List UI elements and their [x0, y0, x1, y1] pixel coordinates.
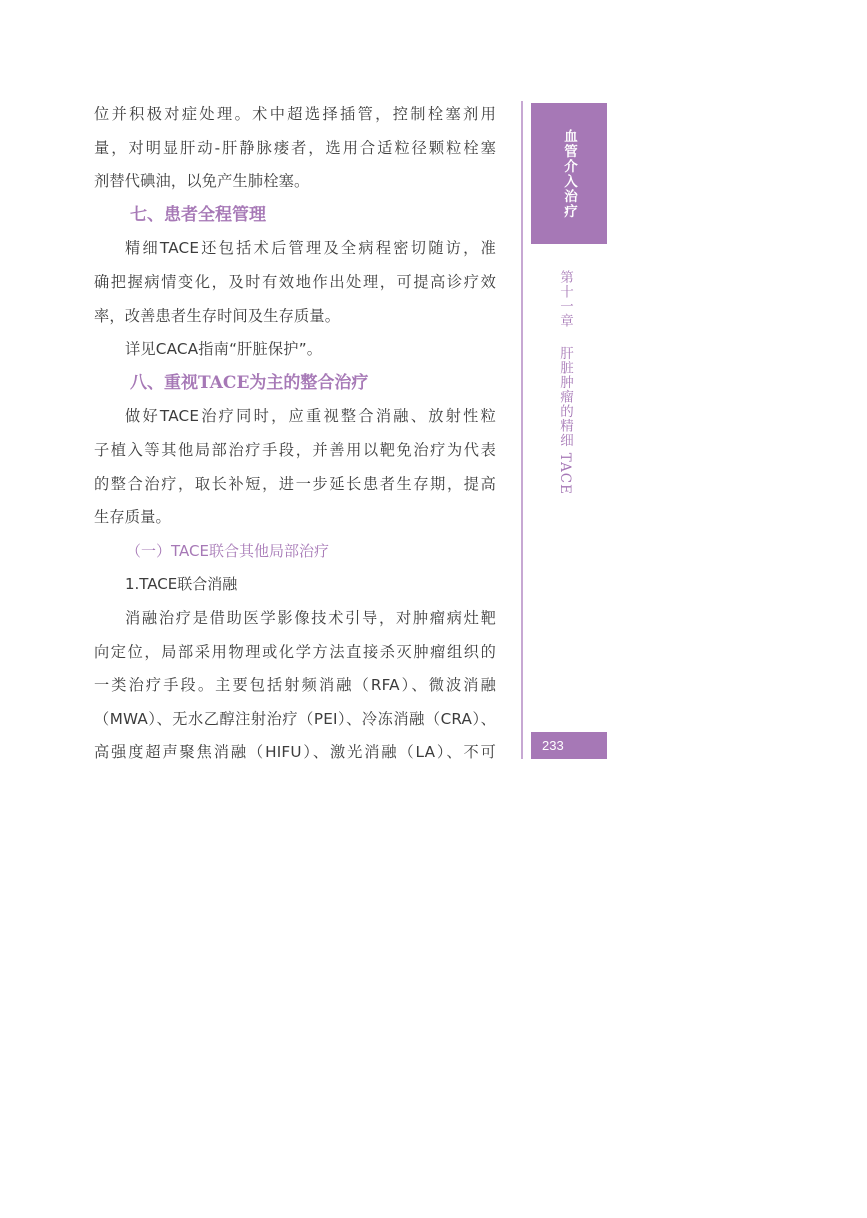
section-tab-label: 血管介入治疗: [559, 129, 579, 219]
section-tab: 血管介入治疗: [531, 103, 607, 244]
body-text: 位并积极对症处理。术中超选择插管，控制栓塞剂用 量，对明显肝动-肝静脉瘘者，选用…: [94, 98, 496, 770]
text-line: 精细TACE还包括术后管理及全病程密切随访，准: [94, 232, 496, 266]
chapter-title-cn: 肝脏肿瘤的精细: [557, 346, 573, 448]
text-line: 高强度超声聚焦消融（HIFU）、激光消融（LA）、不可: [94, 736, 496, 770]
page-number: 233: [531, 732, 607, 759]
text-line: 生存质量。: [94, 501, 496, 535]
text-line: 消融治疗是借助医学影像技术引导，对肿瘤病灶靶: [94, 602, 496, 636]
book-page: 位并积极对症处理。术中超选择插管，控制栓塞剂用 量，对明显肝动-肝静脉瘘者，选用…: [0, 0, 867, 1218]
text-line: 量，对明显肝动-肝静脉瘘者，选用合适粒径颗粒栓塞: [94, 132, 496, 166]
text-line: 位并积极对症处理。术中超选择插管，控制栓塞剂用: [94, 98, 496, 132]
chapter-label: 第十一章肝脏肿瘤的精细 TACE: [553, 270, 575, 495]
section-heading-7: 七、患者全程管理: [94, 199, 496, 233]
text-line: 的整合治疗，取长补短，进一步延长患者生存期，提高: [94, 468, 496, 502]
text-line: 剂替代碘油，以免产生肺栓塞。: [94, 165, 496, 199]
chapter-number: 第十一章: [557, 270, 573, 328]
text-line: 子植入等其他局部治疗手段，并善用以靶免治疗为代表: [94, 434, 496, 468]
text-line: （MWA）、无水乙醇注射治疗（PEI）、冷冻消融（CRA）、: [94, 703, 496, 737]
text-line: 率，改善患者生存时间及生存质量。: [94, 300, 496, 334]
text-line: 一类治疗手段。主要包括射频消融（RFA）、微波消融: [94, 669, 496, 703]
text-line: 确把握病情变化，及时有效地作出处理，可提高诊疗效: [94, 266, 496, 300]
text-line: 详见CACA指南“肝脏保护”。: [94, 333, 496, 367]
section-heading-8: 八、重视TACE为主的整合治疗: [94, 367, 496, 401]
subsection-heading: （一）TACE联合其他局部治疗: [94, 535, 496, 569]
subsubsection-heading: 1.TACE联合消融: [94, 568, 496, 602]
chapter-title-en: TACE: [557, 453, 573, 495]
text-line: 向定位，局部采用物理或化学方法直接杀灭肿瘤组织的: [94, 636, 496, 670]
margin-rule: [521, 101, 523, 759]
text-line: 做好TACE治疗同时，应重视整合消融、放射性粒: [94, 400, 496, 434]
